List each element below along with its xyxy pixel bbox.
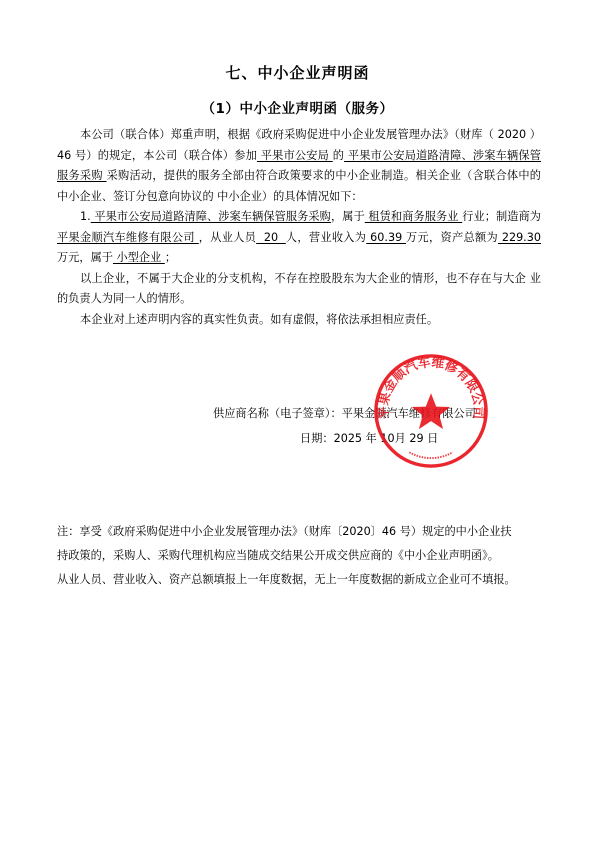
declaration-paragraph-3: 本企业对上述声明内容的真实性负责。如有虚假，将依法承担相应责任。 <box>57 310 541 331</box>
industry-value: 租赁和商务服务业 <box>365 210 462 223</box>
date-label: 日期： <box>300 432 334 445</box>
staff-count-value: 20 <box>256 231 286 244</box>
footnote-line-1: 注：享受《政府采购促进中小企业发展管理办法》（财库〔2020〕46 号）规定的中… <box>57 520 547 544</box>
paragraph-text: ； <box>165 251 176 264</box>
paragraph-text: ，从业人员 <box>199 231 256 244</box>
paragraph-text: 人，营业收入为 <box>286 231 366 244</box>
declaration-body: 本公司（联合体）郑重声明，根据《政府采购促进中小企业发展管理办法》（财库（ 20… <box>57 125 541 330</box>
manufacturer-value: 平果金顺汽车维修有限公司 <box>57 231 199 244</box>
paragraph-text: 的 <box>333 149 344 162</box>
footnote-line-3: 从业人员、营业收入、资产总额填报上一年度数据，无上一年度数据的新成立企业可不填报… <box>57 568 547 592</box>
declaration-title: （1）中小企业声明函（服务） <box>0 97 595 117</box>
document-page: 七、中小企业声明函 （1）中小企业声明函（服务） 本公司（联合体）郑重声明，根据… <box>0 0 595 841</box>
service-name: 平果市公安局道路清障、涉案车辆保管服务采购 <box>91 210 331 223</box>
item-number: 1. <box>80 210 91 223</box>
paragraph-text: 行业；制造商为 <box>462 210 541 223</box>
footnote-line-2: 持政策的，采购人、采购代理机构应当随成交结果公开成交供应商的《中小企业声明函》。 <box>57 544 547 568</box>
enterprise-item-1: 1. 平果市公安局道路清障、涉案车辆保管服务采购，属于 租赁和商务服务业 行业；… <box>57 207 541 269</box>
buyer-name: 平果市公安局 <box>257 149 333 162</box>
enterprise-type-value: 小型企业 <box>113 251 165 264</box>
assets-value: 229.30 <box>498 231 541 244</box>
paragraph-text: 采购活动，提供的服务全部由符合政策要求的中小企业制造。相关企业（含联合体中的中小… <box>57 169 541 203</box>
date-value: 2025 年 10月 29 日 <box>334 432 439 445</box>
supplier-name: 平果金顺汽车维修有限公司 <box>342 407 476 420</box>
declaration-paragraph-1: 本公司（联合体）郑重声明，根据《政府采购促进中小企业发展管理办法》（财库（ 20… <box>57 125 541 207</box>
paragraph-text: 万元，资产总额为 <box>406 231 498 244</box>
paragraph-text: 万元，属于 <box>57 251 113 264</box>
revenue-value: 60.39 <box>366 231 406 244</box>
declaration-paragraph-2: 以上企业，不属于大企业的分支机构，不存在控股股东为大企业的情形，也不存在与大企 … <box>57 269 541 310</box>
footnote: 注：享受《政府采购促进中小企业发展管理办法》（财库〔2020〕46 号）规定的中… <box>57 520 547 592</box>
paragraph-text: ，属于 <box>331 210 365 223</box>
section-title: 七、中小企业声明函 <box>0 62 595 83</box>
signature-label: 供应商名称（电子签章）： <box>213 407 342 420</box>
